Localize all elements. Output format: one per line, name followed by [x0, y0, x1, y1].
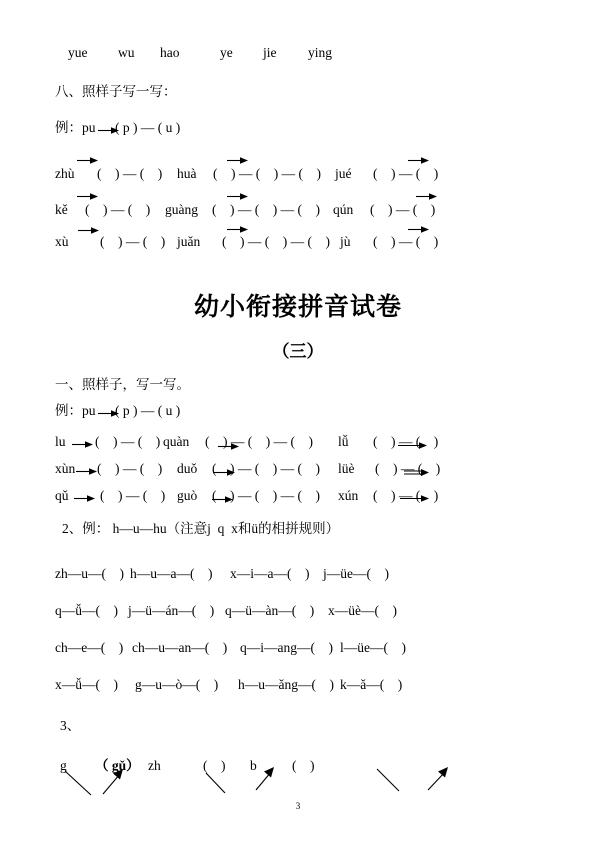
right-arrow-icon	[398, 441, 428, 450]
spelling-item: h—u—a—( )	[130, 566, 212, 582]
right-arrow-icon	[78, 226, 100, 235]
diagonal-line-icon	[376, 768, 400, 792]
row-syllable: guàng	[165, 202, 198, 218]
spelling-item: j—üe—( )	[323, 566, 389, 582]
right-arrow-icon	[227, 156, 249, 165]
example-answer: ( p ) — ( u )	[115, 120, 180, 136]
row-syllable: zhù	[55, 166, 75, 182]
row-syllable: jù	[340, 234, 351, 250]
row-syllable: juǎn	[177, 234, 200, 250]
section2-heading: 2、例： h—u—hu（注意j q x和ü的相拼规则）	[62, 521, 339, 537]
row-syllable: xún	[338, 488, 358, 504]
answer-blank: ( )	[292, 758, 315, 774]
row-blanks: ( ) — ( )	[97, 461, 162, 477]
up-right-arrow-icon	[254, 764, 278, 792]
page-number: 3	[0, 801, 596, 811]
up-right-arrow-icon	[426, 764, 452, 792]
row-blanks: ( ) — ( )	[95, 434, 160, 450]
spelling-item: ch—e—( )	[55, 640, 123, 656]
row-blanks: ( ) — ( )	[100, 234, 165, 250]
row-blanks: ( ) — ( )	[373, 234, 438, 250]
right-arrow-icon	[77, 192, 99, 201]
right-arrow-icon	[408, 225, 430, 234]
spelling-item: q—ü—àn—( )	[225, 603, 314, 619]
spelling-item: k—ǎ—( )	[340, 677, 402, 693]
syllable-text: ye	[220, 45, 233, 61]
right-arrow-icon	[214, 468, 236, 477]
syllable-text: wu	[118, 45, 135, 61]
section3-heading: 3、	[60, 718, 80, 734]
right-arrow-icon	[404, 468, 430, 477]
row-blanks: ( ) — ( ) — ( )	[212, 202, 320, 218]
section1-heading: 一、照样子，写一写。	[55, 377, 190, 393]
spelling-item: zh—u—( )	[55, 566, 124, 582]
syllable-text: ying	[308, 45, 332, 61]
row-blanks: ( ) — ( ) — ( )	[222, 234, 330, 250]
spelling-item: x—üè—( )	[328, 603, 397, 619]
row-syllable: xù	[55, 234, 69, 250]
row-blanks: ( ) — ( )	[100, 488, 165, 504]
spelling-item: q—i—ang—( )	[240, 640, 333, 656]
syllable-text: jie	[263, 45, 277, 61]
row-syllable: lu	[55, 434, 66, 450]
diagonal-line-icon	[205, 772, 227, 794]
spelling-item: g—u—ò—( )	[135, 677, 218, 693]
spelling-item: x—i—a—( )	[230, 566, 309, 582]
right-arrow-icon	[72, 440, 94, 449]
paper-subtitle: （三）	[0, 342, 596, 362]
row-blanks: ( ) — ( )	[85, 202, 150, 218]
row-syllable: kě	[55, 202, 68, 218]
right-arrow-icon	[77, 156, 99, 165]
row-syllable: duǒ	[177, 461, 197, 477]
row-syllable: qún	[333, 202, 353, 218]
row-syllable: jué	[335, 166, 352, 182]
row-syllable: lüè	[338, 461, 355, 477]
spelling-item: ch—u—an—( )	[132, 640, 227, 656]
paper-title: 幼小衔接拼音试卷	[0, 294, 596, 323]
initial-letter: zh	[148, 758, 161, 774]
example-label: 例：pu	[55, 403, 96, 419]
right-arrow-icon	[227, 225, 249, 234]
right-arrow-icon	[74, 494, 96, 503]
row-syllable: qǔ	[55, 488, 69, 504]
spelling-item: j—ü—án—( )	[128, 603, 214, 619]
right-arrow-icon	[416, 192, 438, 201]
spelling-item: l—üe—( )	[340, 640, 406, 656]
right-arrow-icon	[408, 156, 430, 165]
row-syllable: huà	[177, 166, 197, 182]
row-blanks: ( ) — ( )	[373, 166, 438, 182]
spelling-item: q—ǚ—( )	[55, 603, 118, 619]
up-right-arrow-icon	[100, 766, 128, 796]
diagonal-line-icon	[64, 770, 92, 796]
syllable-text: hao	[160, 45, 180, 61]
example-answer: ( p ) — ( u )	[115, 403, 180, 419]
example-label: 例：pu	[55, 120, 96, 136]
right-arrow-icon	[400, 494, 430, 503]
right-arrow-icon	[212, 495, 234, 504]
right-arrow-icon	[218, 442, 240, 451]
syllable-text: yue	[68, 45, 88, 61]
right-arrow-icon	[76, 467, 98, 476]
row-syllable: xùn	[55, 461, 75, 477]
row-blanks: ( ) — ( )	[370, 202, 435, 218]
spelling-item: h—u—ǎng—( )	[238, 677, 334, 693]
row-syllable: guò	[177, 488, 197, 504]
row-syllable: quàn	[163, 434, 189, 450]
right-arrow-icon	[227, 192, 249, 201]
row-blanks: ( ) — ( ) — ( )	[213, 166, 321, 182]
spelling-item: x—ǚ—( )	[55, 677, 118, 693]
worksheet-page: yue wu hao ye jie ying 八、照样子写一写： 例：pu ( …	[0, 0, 596, 842]
section8-heading: 八、照样子写一写：	[55, 84, 177, 100]
row-blanks: ( ) — ( )	[97, 166, 162, 182]
row-syllable: lǚ	[338, 434, 349, 450]
